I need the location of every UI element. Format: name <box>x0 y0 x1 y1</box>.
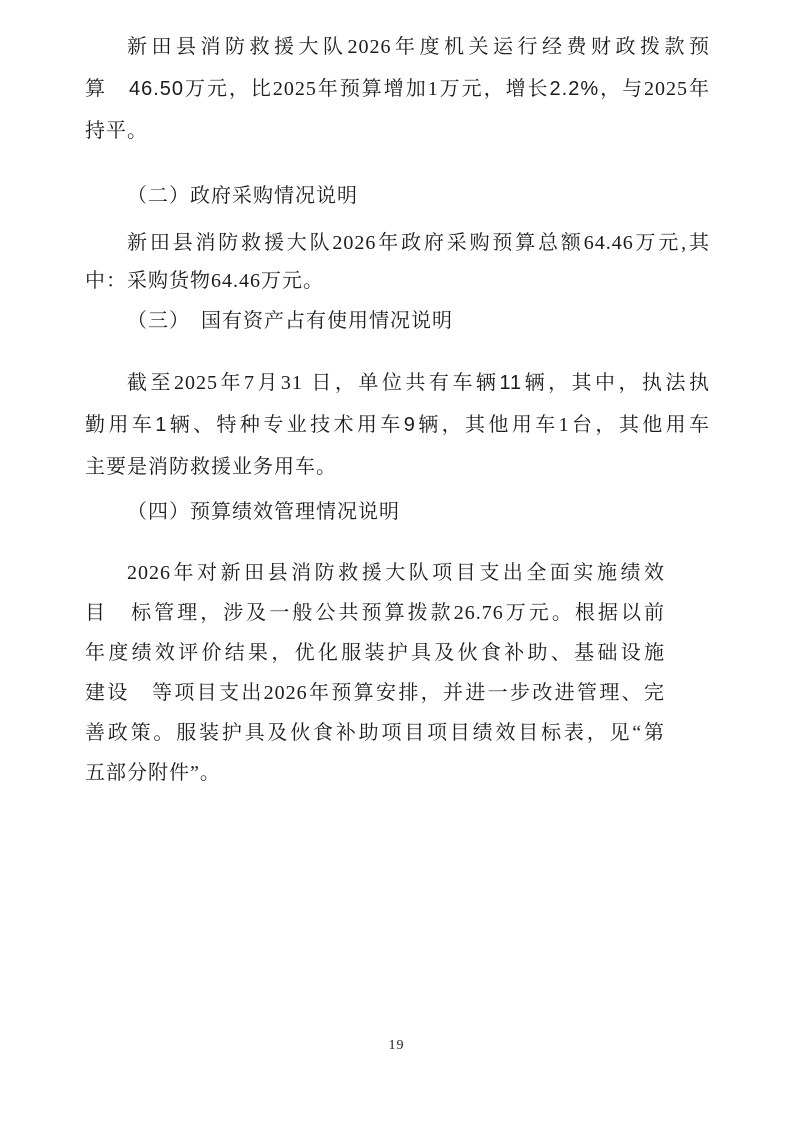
text-segment: 新田县消防救援大队2026年度机关运行经费财政拨款预 <box>127 36 710 58</box>
heading-budget-performance: （四）预算绩效管理情况说明 <box>85 491 710 533</box>
text-line: 新田县消防救援大队2026年政府采购预算总额64.46万元,其 <box>85 224 710 262</box>
text-segment: （三） 国有资产占有使用情况说明 <box>127 310 453 332</box>
numeric-value: 46.50 <box>129 78 184 100</box>
text-segment: 截至2025年7月31 日，单位共有车辆 <box>127 372 499 394</box>
text-line: （二）政府采购情况说明 <box>85 175 710 217</box>
text-line: 主要是消防救援业务用车。 <box>85 446 710 488</box>
text-segment: ，与2025年 <box>599 78 710 100</box>
para-operating-expense-budget: 新田县消防救援大队2026年度机关运行经费财政拨款预算 46.50万元，比202… <box>85 26 710 152</box>
text-line: 目 标管理，涉及一般公共预算拨款26.76万元。根据以前 <box>85 593 665 633</box>
text-line: （三） 国有资产占有使用情况说明 <box>85 300 710 342</box>
text-line: 建设 等项目支出2026年预算安排，并进一步改进管理、完 <box>85 673 665 713</box>
text-segment: 万元，比2025年预算增加1万元，增长 <box>184 78 550 100</box>
text-line: 截至2025年7月31 日，单位共有车辆11辆，其中，执法执 <box>85 362 710 404</box>
text-line: 算 46.50万元，比2025年预算增加1万元，增长2.2%，与2025年 <box>85 68 710 110</box>
text-line: 持平。 <box>85 110 710 152</box>
heading-government-procurement: （二）政府采购情况说明 <box>85 175 710 217</box>
text-line: （四）预算绩效管理情况说明 <box>85 491 710 533</box>
numeric-value: 2.2% <box>550 78 600 100</box>
para-budget-performance: 2026年对新田县消防救援大队项目支出全面实施绩效目 标管理，涉及一般公共预算拨… <box>85 553 665 793</box>
numeric-value: 9 <box>404 414 416 436</box>
text-segment: 辆、特种专业技术用车 <box>167 414 403 436</box>
text-segment: （四）预算绩效管理情况说明 <box>127 501 400 523</box>
text-segment: 算 <box>85 78 129 100</box>
numeric-value: 11 <box>499 372 522 394</box>
para-government-procurement: 新田县消防救援大队2026年政府采购预算总额64.46万元,其中：采购货物64.… <box>85 224 710 300</box>
heading-state-owned-assets: （三） 国有资产占有使用情况说明 <box>85 300 710 342</box>
text-segment: 持平。 <box>85 120 148 142</box>
document-page: 新田县消防救援大队2026年度机关运行经费财政拨款预算 46.50万元，比202… <box>0 0 793 1122</box>
text-segment: 2026年对新田县消防救援大队项目支出全面实施绩效 <box>127 562 665 584</box>
document-body: 新田县消防救援大队2026年度机关运行经费财政拨款预算 46.50万元，比202… <box>85 26 710 793</box>
text-line: 年度绩效评价结果，优化服装护具及伙食补助、基础设施 <box>85 633 665 673</box>
text-line: 2026年对新田县消防救援大队项目支出全面实施绩效 <box>85 553 665 593</box>
text-line: 善政策。服装护具及伙食补助项目项目绩效目标表，见“第 <box>85 713 665 753</box>
text-segment: 勤用车 <box>85 414 155 436</box>
text-segment: 新田县消防救援大队2026年政府采购预算总额64.46万元,其 <box>127 232 710 254</box>
text-line: 五部分附件”。 <box>85 753 665 793</box>
text-segment: 五部分附件”。 <box>85 762 221 784</box>
text-segment: （二）政府采购情况说明 <box>127 185 358 207</box>
text-segment: 辆，其中，执法执 <box>522 372 710 394</box>
numeric-value: 1 <box>155 414 167 436</box>
text-segment: 年度绩效评价结果，优化服装护具及伙食补助、基础设施 <box>85 642 665 664</box>
text-segment: 建设 等项目支出2026年预算安排，并进一步改进管理、完 <box>85 682 665 704</box>
text-segment: 中：采购货物64.46万元。 <box>85 270 324 292</box>
text-line: 中：采购货物64.46万元。 <box>85 262 710 300</box>
para-state-owned-assets: 截至2025年7月31 日，单位共有车辆11辆，其中，执法执勤用车1辆、特种专业… <box>85 362 710 488</box>
text-segment: 善政策。服装护具及伙食补助项目项目绩效目标表，见“第 <box>85 722 665 744</box>
text-segment: 目 标管理，涉及一般公共预算拨款26.76万元。根据以前 <box>85 602 665 624</box>
text-segment: 主要是消防救援业务用车。 <box>85 456 337 478</box>
text-segment: 辆，其他用车1台，其他用车 <box>416 414 710 436</box>
page-number: 19 <box>0 1038 793 1054</box>
text-line: 新田县消防救援大队2026年度机关运行经费财政拨款预 <box>85 26 710 68</box>
text-line: 勤用车1辆、特种专业技术用车9辆，其他用车1台，其他用车 <box>85 404 710 446</box>
